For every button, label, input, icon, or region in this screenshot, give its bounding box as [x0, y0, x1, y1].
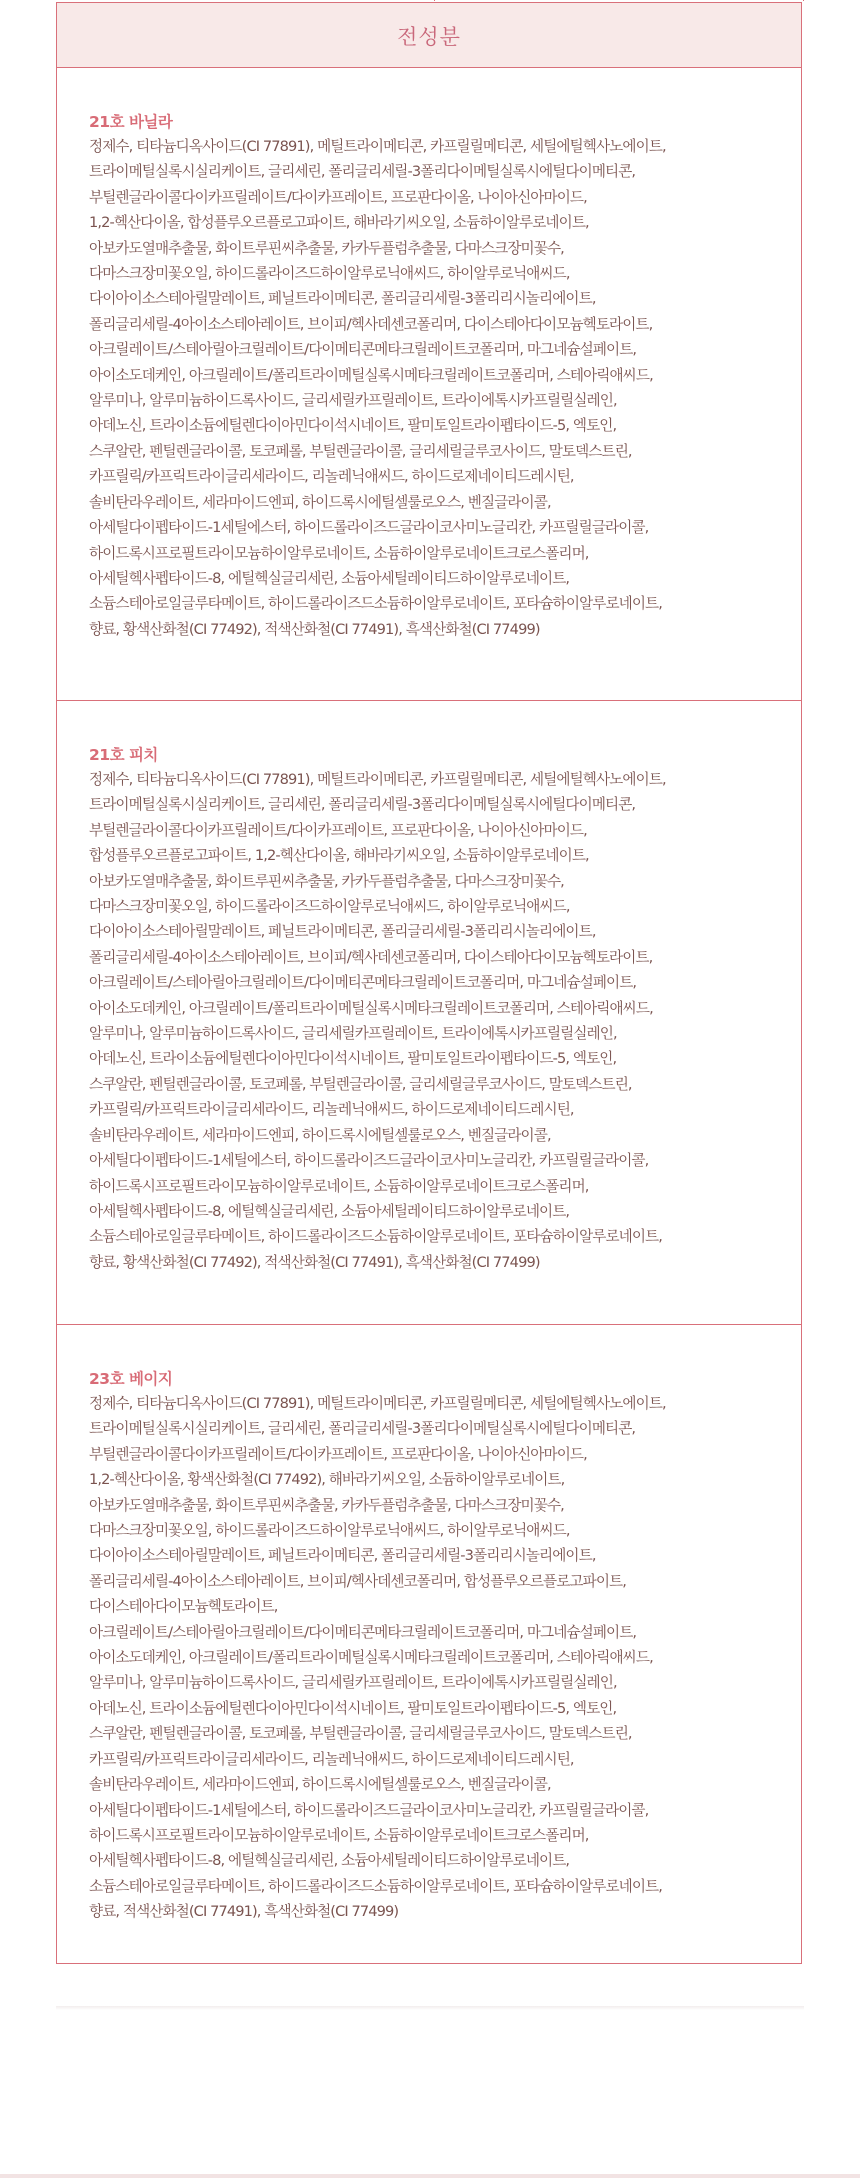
ingredient-line: 아크릴레이트/스테아릴아크릴레이트/다이메티콘메타크릴레이트코폴리머, 마그네슘…	[89, 1620, 769, 1645]
ingredient-line: 소듐스테아로일글루타메이트, 하이드롤라이즈드소듐하이알루로네이트, 포타슘하이…	[89, 1224, 769, 1249]
ingredient-line: 다이아이소스테아릴말레이트, 페닐트라이메티콘, 폴리글리세릴-3폴리리시놀리에…	[89, 1543, 769, 1568]
shade-title: 23호 베이지	[89, 1367, 769, 1391]
ingredient-line: 아보카도열매추출물, 화이트루핀씨추출물, 카카두플럼추출물, 다마스크장미꽃수…	[89, 236, 769, 261]
ingredient-line: 다이아이소스테아릴말레이트, 페닐트라이메티콘, 폴리글리세릴-3폴리리시놀리에…	[89, 919, 769, 944]
ingredient-line: 다마스크장미꽃오일, 하이드롤라이즈드하이알루로닉애씨드, 하이알루로닉애씨드,	[89, 261, 769, 286]
ingredient-list: 정제수, 티타늄디옥사이드(CI 77891), 메틸트라이메티콘, 카프릴릴메…	[89, 1391, 769, 1925]
ingredients-panel: 전성분 21호 바닐라 정제수, 티타늄디옥사이드(CI 77891), 메틸트…	[56, 2, 802, 1964]
ingredient-line: 스쿠알란, 펜틸렌글라이콜, 토코페롤, 부틸렌글라이콜, 글리세릴글루코사이드…	[89, 1721, 769, 1746]
ingredient-line: 다이스테아다이모늄헥토라이트,	[89, 1594, 769, 1619]
ingredient-line: 아보카도열매추출물, 화이트루핀씨추출물, 카카두플럼추출물, 다마스크장미꽃수…	[89, 869, 769, 894]
next-section-edge	[0, 2174, 860, 2178]
ingredient-line: 부틸렌글라이콜다이카프릴레이트/다이카프레이트, 프로판다이올, 나이아신아마이…	[89, 818, 769, 843]
ingredient-line: 알루미나, 알루미늄하이드록사이드, 글리세릴카프릴레이트, 트라이에톡시카프릴…	[89, 1021, 769, 1046]
ingredient-line: 다마스크장미꽃오일, 하이드롤라이즈드하이알루로닉애씨드, 하이알루로닉애씨드,	[89, 894, 769, 919]
ingredient-line: 폴리글리세릴-4아이소스테아레이트, 브이피/헥사데센코폴리머, 다이스테아다이…	[89, 945, 769, 970]
ingredient-line: 트라이메틸실록시실리케이트, 글리세린, 폴리글리세릴-3폴리다이메틸실록시에틸…	[89, 1416, 769, 1441]
panel-header: 전성분	[57, 2, 801, 68]
ingredient-line: 아이소도데케인, 아크릴레이트/폴리트라이메틸실록시메타크릴레이트코폴리머, 스…	[89, 1645, 769, 1670]
ingredient-line: 카프릴릭/카프릭트라이글리세라이드, 리놀레닉애씨드, 하이드로제네이티드레시틴…	[89, 1747, 769, 1772]
ingredient-line: 하이드록시프로필트라이모늄하이알루로네이트, 소듐하이알루로네이트크로스폴리머,	[89, 1174, 769, 1199]
ingredient-line: 아데노신, 트라이소듐에틸렌다이아민다이석시네이트, 팔미토일트라이펩타이드-5…	[89, 413, 769, 438]
shade-title: 21호 피치	[89, 743, 769, 767]
ingredient-line: 알루미나, 알루미늄하이드록사이드, 글리세릴카프릴레이트, 트라이에톡시카프릴…	[89, 1670, 769, 1695]
ingredient-line: 폴리글리세릴-4아이소스테아레이트, 브이피/헥사데센코폴리머, 합성플루오르플…	[89, 1569, 769, 1594]
previous-panel-tab-edge	[434, 0, 804, 1]
ingredient-line: 아이소도데케인, 아크릴레이트/폴리트라이메틸실록시메타크릴레이트코폴리머, 스…	[89, 996, 769, 1021]
panel-title: 전성분	[397, 21, 461, 51]
panel-bottom-shadow	[56, 2006, 804, 2010]
ingredient-line: 트라이메틸실록시실리케이트, 글리세린, 폴리글리세릴-3폴리다이메틸실록시에틸…	[89, 159, 769, 184]
ingredient-line: 아세틸다이펩타이드-1세틸에스터, 하이드롤라이즈드글라이코사미노글리칸, 카프…	[89, 515, 769, 540]
ingredient-line: 아세틸다이펩타이드-1세틸에스터, 하이드롤라이즈드글라이코사미노글리칸, 카프…	[89, 1148, 769, 1173]
ingredient-line: 아크릴레이트/스테아릴아크릴레이트/다이메티콘메타크릴레이트코폴리머, 마그네슘…	[89, 970, 769, 995]
ingredient-line: 소듐스테아로일글루타메이트, 하이드롤라이즈드소듐하이알루로네이트, 포타슘하이…	[89, 1874, 769, 1899]
ingredient-line: 다이아이소스테아릴말레이트, 페닐트라이메티콘, 폴리글리세릴-3폴리리시놀리에…	[89, 286, 769, 311]
shade-title: 21호 바닐라	[89, 110, 769, 134]
ingredient-line: 스쿠알란, 펜틸렌글라이콜, 토코페롤, 부틸렌글라이콜, 글리세릴글루코사이드…	[89, 1072, 769, 1097]
ingredient-line: 아데노신, 트라이소듐에틸렌다이아민다이석시네이트, 팔미토일트라이펩타이드-5…	[89, 1696, 769, 1721]
ingredient-line: 합성플루오르플로고파이트, 1,2-헥산다이올, 해바라기씨오일, 소듐하이알루…	[89, 843, 769, 868]
ingredient-line: 정제수, 티타늄디옥사이드(CI 77891), 메틸트라이메티콘, 카프릴릴메…	[89, 134, 769, 159]
ingredient-line: 부틸렌글라이콜다이카프릴레이트/다이카프레이트, 프로판다이올, 나이아신아마이…	[89, 1442, 769, 1467]
ingredient-line: 아세틸헥사펩타이드-8, 에틸헥실글리세린, 소듐아세틸레이티드하이알루로네이트…	[89, 566, 769, 591]
ingredient-line: 폴리글리세릴-4아이소스테아레이트, 브이피/헥사데센코폴리머, 다이스테아다이…	[89, 312, 769, 337]
ingredient-line: 아보카도열매추출물, 화이트루핀씨추출물, 카카두플럼추출물, 다마스크장미꽃수…	[89, 1493, 769, 1518]
ingredient-line: 스쿠알란, 펜틸렌글라이콜, 토코페롤, 부틸렌글라이콜, 글리세릴글루코사이드…	[89, 439, 769, 464]
ingredient-list: 정제수, 티타늄디옥사이드(CI 77891), 메틸트라이메티콘, 카프릴릴메…	[89, 134, 769, 642]
ingredient-line: 아크릴레이트/스테아릴아크릴레이트/다이메티콘메타크릴레이트코폴리머, 마그네슘…	[89, 337, 769, 362]
ingredient-line: 아세틸다이펩타이드-1세틸에스터, 하이드롤라이즈드글라이코사미노글리칸, 카프…	[89, 1798, 769, 1823]
ingredient-line: 트라이메틸실록시실리케이트, 글리세린, 폴리글리세릴-3폴리다이메틸실록시에틸…	[89, 792, 769, 817]
ingredient-line: 1,2-헥산다이올, 황색산화철(CI 77492), 해바라기씨오일, 소듐하…	[89, 1467, 769, 1492]
ingredient-line: 소듐스테아로일글루타메이트, 하이드롤라이즈드소듐하이알루로네이트, 포타슘하이…	[89, 591, 769, 616]
ingredient-line: 알루미나, 알루미늄하이드록사이드, 글리세릴카프릴레이트, 트라이에톡시카프릴…	[89, 388, 769, 413]
ingredient-list: 정제수, 티타늄디옥사이드(CI 77891), 메틸트라이메티콘, 카프릴릴메…	[89, 767, 769, 1275]
ingredient-line: 하이드록시프로필트라이모늄하이알루로네이트, 소듐하이알루로네이트크로스폴리머,	[89, 541, 769, 566]
ingredient-line: 카프릴릭/카프릭트라이글리세라이드, 리놀레닉애씨드, 하이드로제네이티드레시틴…	[89, 1097, 769, 1122]
ingredient-line: 향료, 적색산화철(CI 77491), 흑색산화철(CI 77499)	[89, 1899, 769, 1924]
ingredient-line: 1,2-헥산다이올, 합성플루오르플로고파이트, 해바라기씨오일, 소듐하이알루…	[89, 210, 769, 235]
ingredient-line: 아데노신, 트라이소듐에틸렌다이아민다이석시네이트, 팔미토일트라이펩타이드-5…	[89, 1046, 769, 1071]
ingredient-line: 하이드록시프로필트라이모늄하이알루로네이트, 소듐하이알루로네이트크로스폴리머,	[89, 1823, 769, 1848]
ingredient-line: 정제수, 티타늄디옥사이드(CI 77891), 메틸트라이메티콘, 카프릴릴메…	[89, 767, 769, 792]
ingredient-line: 부틸렌글라이콜다이카프릴레이트/다이카프레이트, 프로판다이올, 나이아신아마이…	[89, 185, 769, 210]
ingredient-line: 아이소도데케인, 아크릴레이트/폴리트라이메틸실록시메타크릴레이트코폴리머, 스…	[89, 363, 769, 388]
ingredient-line: 솔비탄라우레이트, 세라마이드엔피, 하이드록시에틸셀룰로오스, 벤질글라이콜,	[89, 1123, 769, 1148]
ingredient-line: 정제수, 티타늄디옥사이드(CI 77891), 메틸트라이메티콘, 카프릴릴메…	[89, 1391, 769, 1416]
ingredient-line: 아세틸헥사펩타이드-8, 에틸헥실글리세린, 소듐아세틸레이티드하이알루로네이트…	[89, 1199, 769, 1224]
ingredient-line: 향료, 황색산화철(CI 77492), 적색산화철(CI 77491), 흑색…	[89, 1250, 769, 1275]
ingredient-line: 카프릴릭/카프릭트라이글리세라이드, 리놀레닉애씨드, 하이드로제네이티드레시틴…	[89, 464, 769, 489]
ingredient-section-beige: 23호 베이지 정제수, 티타늄디옥사이드(CI 77891), 메틸트라이메티…	[57, 1325, 801, 1963]
ingredient-line: 솔비탄라우레이트, 세라마이드엔피, 하이드록시에틸셀룰로오스, 벤질글라이콜,	[89, 490, 769, 515]
ingredient-line: 솔비탄라우레이트, 세라마이드엔피, 하이드록시에틸셀룰로오스, 벤질글라이콜,	[89, 1772, 769, 1797]
ingredient-line: 아세틸헥사펩타이드-8, 에틸헥실글리세린, 소듐아세틸레이티드하이알루로네이트…	[89, 1848, 769, 1873]
ingredient-section-peach: 21호 피치 정제수, 티타늄디옥사이드(CI 77891), 메틸트라이메티콘…	[57, 701, 801, 1325]
ingredient-line: 다마스크장미꽃오일, 하이드롤라이즈드하이알루로닉애씨드, 하이알루로닉애씨드,	[89, 1518, 769, 1543]
ingredient-line: 향료, 황색산화철(CI 77492), 적색산화철(CI 77491), 흑색…	[89, 617, 769, 642]
ingredient-section-vanilla: 21호 바닐라 정제수, 티타늄디옥사이드(CI 77891), 메틸트라이메티…	[57, 68, 801, 701]
